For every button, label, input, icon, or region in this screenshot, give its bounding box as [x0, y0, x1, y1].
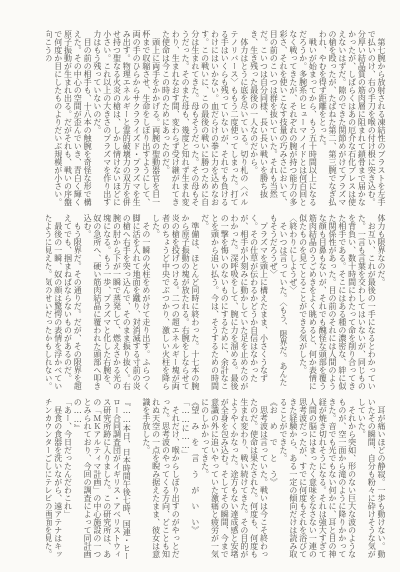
paragraph: 《お め で と う》 [268, 398, 278, 565]
text-band-top: 第七腕から放射される凍結性のブラストを左手で払いのけ、右の手刀を喉の付け根に突き… [46, 30, 386, 208]
text-band-bottom: 耳が痛いほどの静寂。一歩も動けない。動いたその瞬間、自分も粉々に砕けそうな気がし… [46, 398, 386, 565]
paragraph: 体力も限界なのだ。 [376, 214, 386, 392]
paragraph: もう限界だ。その通りだ。だが、その限界を超えてでも、掴まねばならないものがあるの… [63, 214, 83, 392]
paragraph: 〈終わりにしようぜ〉 [288, 214, 298, 392]
paragraph: 目の前の相手も、十八本の触腕を奇怪な形で構えた。その中心の空間が歪んでいき、青白… [46, 30, 92, 208]
paragraph: 頭上に両手をかかげる。両腕の聖動器官を目一杯まで収縮させ、生命をしぼり出すように… [92, 30, 161, 208]
paragraph: 《望 み を 言 う が い い》 [190, 398, 200, 565]
paragraph: それから突如、形のない巨大な波のようなものが、空一面から滝のように降りかかってき… [278, 398, 356, 565]
scene-break [131, 398, 141, 565]
paragraph: 体力はとうに底を尽いている。切り札の〈パルテノリバース〉ももう二度使ってしまった… [161, 30, 249, 208]
paragraph: 『……本日、日本時間午後七時、国連・ヒーロー合同調査団がイギリス・アベリストウィ… [73, 398, 132, 565]
paragraph: 「あー、今日だったんだわこれ」 [63, 398, 73, 565]
paragraph: それだけ、喉からしぼり出すのがやっとだった。思考波のやってくる方向、どことも知れ… [141, 398, 180, 565]
paragraph: プラズマを頭上に構えたまま、小さくうなずく。その仕草が伝わるかどうか自信はなかっ… [200, 214, 269, 392]
paragraph: お互い、これが最後の一手になるとわかっていた。一言も言葉を交わしてはいないが、同… [298, 214, 376, 392]
paragraph: 戦いが始まってから、もう五十時間以上になるだろうか。多腕系のヒューマノイドとは何… [249, 30, 318, 208]
paragraph: その一瞬の火柱をめがけて走り出す。ふらつく脚に活を入れて地面を蹴り、対消滅する寸… [82, 214, 151, 392]
paragraph: 準備は、ほとんど同時に終わった。十七本の腕から原子振動の塊が放たれる。右腕をしな… [151, 214, 200, 392]
paragraph: そいつは言っていた。〈もう、限界だ。あんたもそうだろうぜ〉 [268, 214, 288, 392]
paragraph: 最後の一瞬、奴の顔は驚愕の表情を浮かべていたように見えた。気のせいだったかもしれ… [46, 214, 63, 392]
book-page: 第七腕から放射される凍結性のブラストを左手で払いのけ、右の手刀を喉の付け根に突き… [0, 0, 400, 572]
paragraph: 昼食の食器を洗いながら、遠アテナはキッチンカウンターごしにテレビの画面を見た。ダ… [46, 398, 63, 565]
paragraph: 耳が痛いほどの静寂。一歩も動けない。動いたその瞬間、自分も粉々に砕けそうな気がし… [357, 398, 386, 565]
paragraph: 「……に……」 [180, 398, 190, 565]
paragraph: 思考波は言っていた。戦いは今こそ終わったのだ。使命は果たされた。何度も、何度も生… [200, 398, 269, 565]
text-band-middle: 体力も限界なのだ。 お互い、これが最後の一手になるとわかっていた。一言も言葉を交… [46, 214, 386, 392]
paragraph: 第七腕から放射される凍結性のブラストを左手で払いのけ、右の手刀を喉の付け根に突き… [317, 30, 386, 208]
